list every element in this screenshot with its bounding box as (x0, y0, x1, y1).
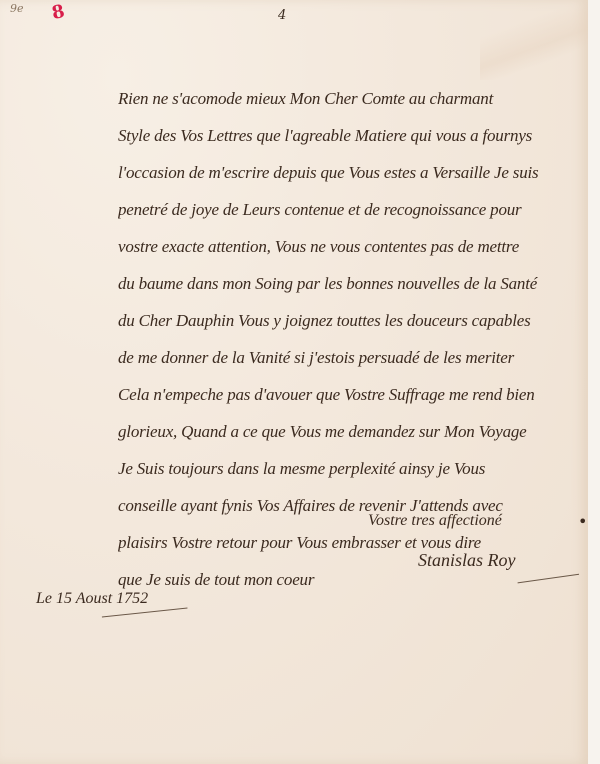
letter-line: du baume dans mon Soing par les bonnes n… (118, 265, 586, 302)
letter-line: Rien ne s'acomode mieux Mon Cher Comte a… (118, 80, 586, 117)
letter-line: conseille ayant fynis Vos Affaires de re… (118, 487, 586, 524)
letter-line: glorieux, Quand a ce que Vous me demande… (118, 413, 586, 450)
paper-edge (588, 0, 600, 764)
letter-line: l'occasion de m'escrire depuis que Vous … (118, 154, 586, 191)
archive-corner-note: 9e (10, 2, 24, 15)
closing-mark: • (578, 512, 587, 531)
letter-line: de me donner de la Vanité si j'estois pe… (118, 339, 586, 376)
paper-fold-crease (480, 0, 600, 80)
letter-body: Rien ne s'acomode mieux Mon Cher Comte a… (118, 80, 586, 598)
letter-line: penetré de joye de Leurs contenue et de … (118, 191, 586, 228)
letter-closing: Vostre tres affectioné (368, 512, 502, 530)
letter-line: du Cher Dauphin Vous y joignez touttes l… (118, 302, 586, 339)
letter-line: vostre exacte attention, Vous ne vous co… (118, 228, 586, 265)
page-number: 4 (278, 8, 286, 23)
letter-line: Style des Vos Lettres que l'agreable Mat… (118, 117, 586, 154)
signature: Stanislas Roy (418, 550, 516, 571)
letter-line: Je Suis toujours dans la mesme perplexit… (118, 450, 586, 487)
letter-line: Cela n'empeche pas d'avouer que Vostre S… (118, 376, 586, 413)
letter-date: Le 15 Aoust 1752 (36, 590, 148, 608)
